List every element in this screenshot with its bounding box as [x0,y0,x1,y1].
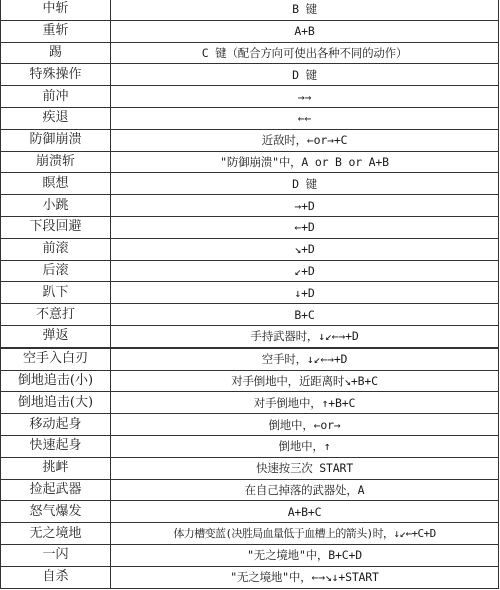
table-row: 前滚↘+D [1,238,499,260]
table-row: 挑衅快速按三次 START [1,457,499,479]
move-input: ←← [111,107,499,129]
move-name: 怒气爆发 [1,501,111,523]
move-name: 中斩 [1,0,111,20]
move-input: ↘+D [111,238,499,260]
table-row: 怒气爆发A+B+C [1,501,499,523]
move-input: ↓+D [111,282,499,304]
move-input: ←+D [111,216,499,238]
table-row: 弹返手持武器时，↓↙←→+D [1,325,499,347]
move-name: 自杀 [1,566,111,588]
table-row: 后滚↙+D [1,260,499,282]
table-row: 无之境地体力槽变蓝(决胜局血量低于血槽上的箭头)时，↓↙←+C+D [1,523,499,545]
move-name: 小跳 [1,195,111,217]
move-input: "无之境地"中，←→↘↓+START [111,566,499,588]
table-row: 下段回避←+D [1,216,499,238]
move-name: 趴下 [1,282,111,304]
table-row: 疾退←← [1,107,499,129]
move-input: 近敌时，←or→+C [111,129,499,151]
move-name: 不意打 [1,304,111,326]
move-name: 特殊操作 [1,64,111,86]
move-input: 手持武器时，↓↙←→+D [111,325,499,347]
table-row: 捡起武器在自己掉落的武器处，A [1,479,499,501]
move-input: ↙+D [111,260,499,282]
table-row: 移动起身倒地中，←or→ [1,414,499,436]
table-row: 倒地追击(小)对手倒地中，近距离时↘+B+C [1,370,499,392]
move-list-table: 中斩B 键 重斩A+B 踢C 键（配合方向可使出各种不同的动作） 特殊操作D 键… [0,0,499,589]
move-name: 前滚 [1,238,111,260]
move-name: 快速起身 [1,435,111,457]
table-row: 瞑想D 键 [1,173,499,195]
move-name: 后滚 [1,260,111,282]
table-row: 前冲→→ [1,86,499,108]
table-row: 崩溃斩"防御崩溃"中，A or B or A+B [1,151,499,173]
move-input: 空手时，↓↙←→+D [111,348,499,370]
move-name: 重斩 [1,20,111,42]
move-name: 无之境地 [1,523,111,545]
move-input: 体力槽变蓝(决胜局血量低于血槽上的箭头)时，↓↙←+C+D [111,523,499,545]
table-row: 自杀"无之境地"中，←→↘↓+START [1,566,499,588]
table-row: 不意打B+C [1,304,499,326]
move-name: 疾退 [1,107,111,129]
move-name: 防御崩溃 [1,129,111,151]
move-input: A+B [111,20,499,42]
move-name: 崩溃斩 [1,151,111,173]
move-name: 捡起武器 [1,479,111,501]
move-name: 移动起身 [1,414,111,436]
move-input: "无之境地"中，B+C+D [111,544,499,566]
move-name: 瞑想 [1,173,111,195]
table-row: 中斩B 键 [1,0,499,20]
table-row: 倒地追击(大)对手倒地中，↑+B+C [1,392,499,414]
move-name: 挑衅 [1,457,111,479]
table-row: 一闪"无之境地"中，B+C+D [1,544,499,566]
move-input: D 键 [111,64,499,86]
move-input: C 键（配合方向可使出各种不同的动作） [111,42,499,64]
move-name: 踢 [1,42,111,64]
move-input: →→ [111,86,499,108]
table-row: 踢C 键（配合方向可使出各种不同的动作） [1,42,499,64]
move-input: D 键 [111,173,499,195]
table-row: 空手入白刃空手时，↓↙←→+D [1,348,499,370]
move-input: "防御崩溃"中，A or B or A+B [111,151,499,173]
move-list-body: 中斩B 键 重斩A+B 踢C 键（配合方向可使出各种不同的动作） 特殊操作D 键… [1,0,499,588]
move-input: 对手倒地中，近距离时↘+B+C [111,370,499,392]
move-input: 倒地中，↑ [111,435,499,457]
table-row: 快速起身倒地中，↑ [1,435,499,457]
move-input: 倒地中，←or→ [111,414,499,436]
table-row: 小跳→+D [1,195,499,217]
table-row: 特殊操作D 键 [1,64,499,86]
table-row: 趴下↓+D [1,282,499,304]
move-input: 在自己掉落的武器处，A [111,479,499,501]
move-name: 下段回避 [1,216,111,238]
move-input: A+B+C [111,501,499,523]
table-row: 重斩A+B [1,20,499,42]
move-input: B+C [111,304,499,326]
move-input: B 键 [111,0,499,20]
move-name: 倒地追击(小) [1,370,111,392]
move-name: 倒地追击(大) [1,392,111,414]
move-name: 一闪 [1,544,111,566]
table-row: 防御崩溃近敌时，←or→+C [1,129,499,151]
move-name: 空手入白刃 [1,348,111,370]
move-input: 快速按三次 START [111,457,499,479]
move-input: →+D [111,195,499,217]
move-name: 前冲 [1,86,111,108]
move-name: 弹返 [1,325,111,347]
move-input: 对手倒地中，↑+B+C [111,392,499,414]
